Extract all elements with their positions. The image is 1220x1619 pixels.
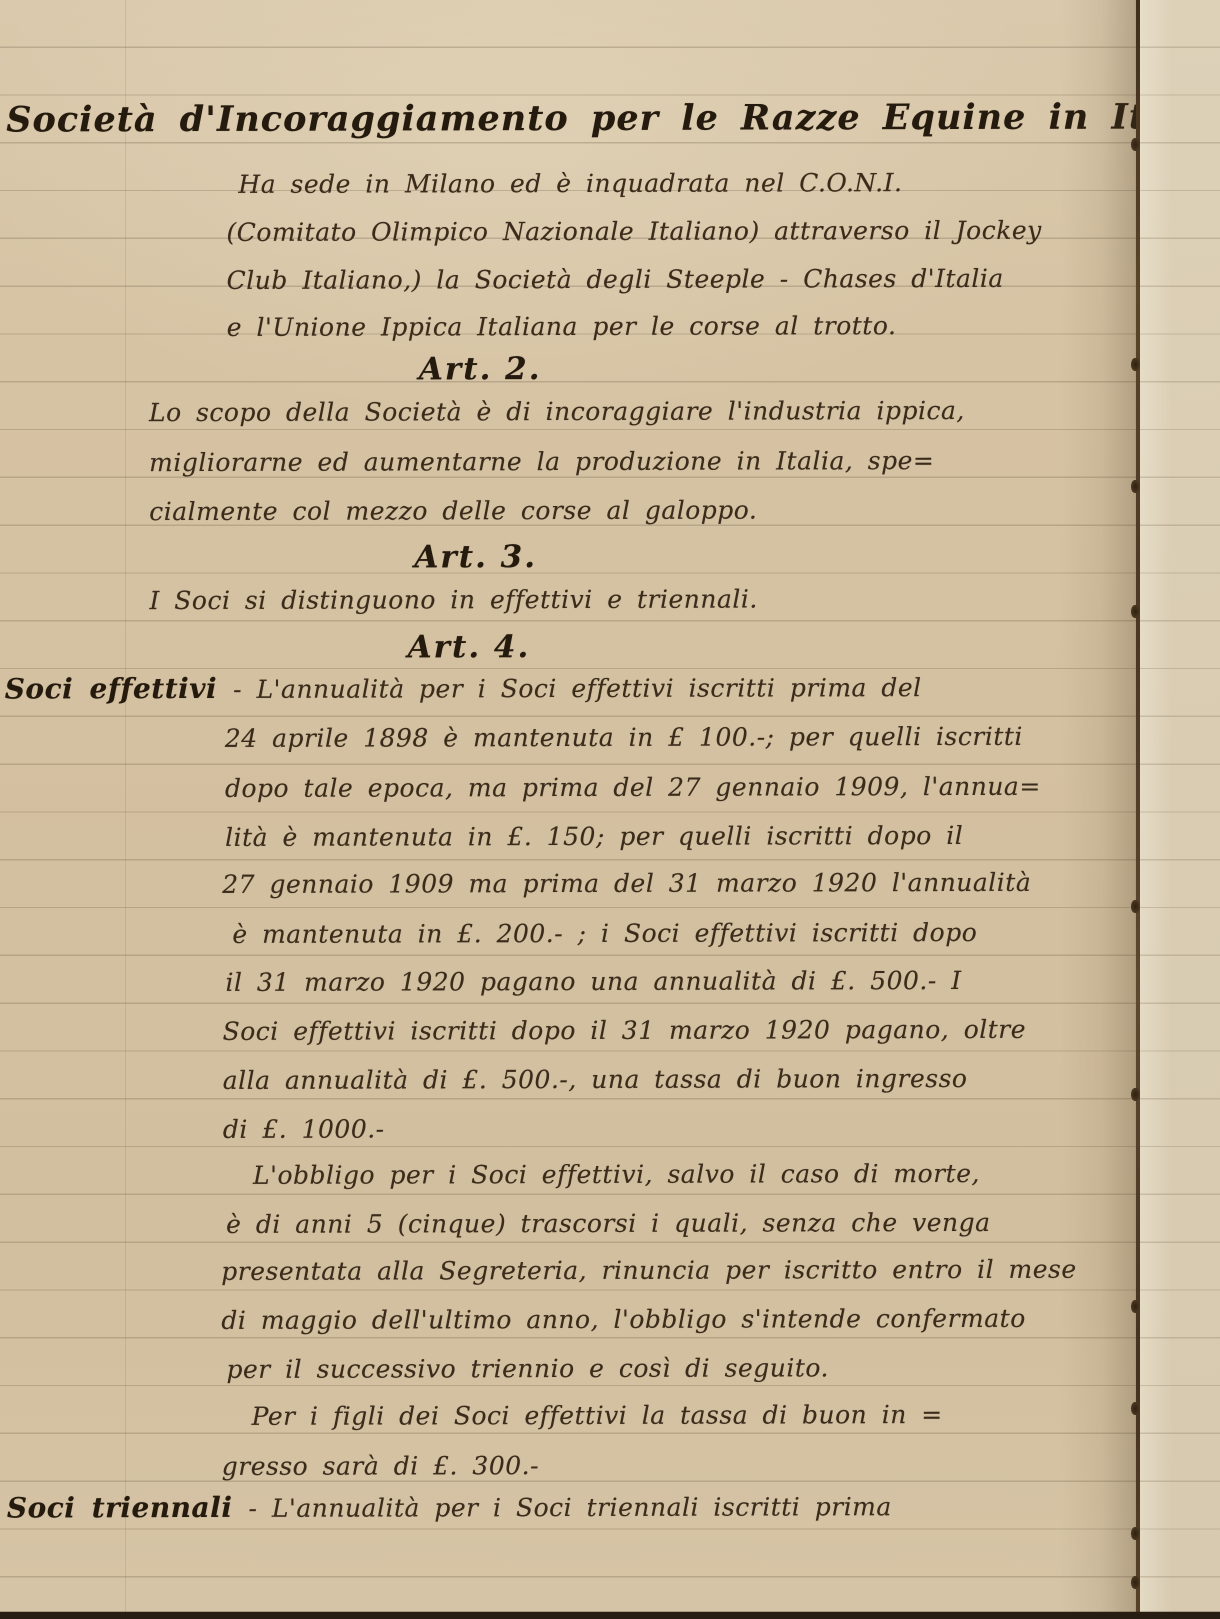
manuscript-line: e l'Unione Ippica Italiana per le corse … xyxy=(227,312,897,341)
binding-stitch xyxy=(1131,1088,1140,1101)
adjacent-page-edge xyxy=(1140,0,1220,1612)
binding-stitch xyxy=(1131,1576,1140,1589)
scanned-document: Società d'Incoraggiamento per le Razze E… xyxy=(0,0,1220,1619)
binding-stitch xyxy=(1131,1527,1140,1540)
manuscript-line: dopo tale epoca, ma prima del 27 gennaio… xyxy=(225,773,1041,803)
manuscript-line: Ha sede in Milano ed è inquadrata nel C.… xyxy=(238,169,902,198)
manuscript-line: gresso sarà di £. 300.- xyxy=(222,1452,539,1480)
manuscript-line: Soci effettivi iscritti dopo il 31 marzo… xyxy=(223,1016,1027,1046)
manuscript-line: Soci triennali- L'annualità per i Soci t… xyxy=(7,1491,892,1524)
margin-heading: Soci effettivi xyxy=(5,672,218,706)
binding-stitch xyxy=(1131,358,1140,371)
manuscript-line: L'obbligo per i Soci effettivi, salvo il… xyxy=(253,1160,980,1189)
manuscript-line: presentata alla Segreteria, rinuncia per… xyxy=(221,1256,1077,1286)
manuscript-line: è mantenuta in £. 200.- ; i Soci effetti… xyxy=(232,919,977,948)
manuscript-line: (Comitato Olimpico Nazionale Italiano) a… xyxy=(226,217,1041,247)
manuscript-line: alla annualità di £. 500.-, una tassa di… xyxy=(223,1065,968,1094)
manuscript-line: Per i figli dei Soci effettivi la tassa … xyxy=(252,1401,943,1430)
manuscript-line-text: - L'annualità per i Soci effettivi iscri… xyxy=(233,673,922,704)
binding-stitch xyxy=(1131,480,1140,493)
binding-stitch xyxy=(1131,1300,1140,1313)
margin-heading: Soci triennali xyxy=(7,1491,233,1525)
binding-stitch xyxy=(1131,138,1140,151)
text-layer: Società d'Incoraggiamento per le Razze E… xyxy=(0,0,1140,1613)
article-heading: Art. 4. xyxy=(408,630,531,664)
binding-stitch xyxy=(1131,605,1140,618)
manuscript-line: Club Italiano,) la Società degli Steeple… xyxy=(227,265,1004,295)
manuscript-line: Lo scopo della Società è di incoraggiare… xyxy=(149,397,965,427)
manuscript-line: lità è mantenuta in £. 150; per quelli i… xyxy=(225,822,963,851)
binding-stitch xyxy=(1131,900,1140,913)
manuscript-line: è di anni 5 (cinque) trascorsi i quali, … xyxy=(226,1209,990,1239)
manuscript-line: 24 aprile 1898 è mantenuta in £ 100.-; p… xyxy=(225,723,1023,753)
manuscript-line: di £. 1000.- xyxy=(223,1115,385,1143)
manuscript-line: Soci effettivi- L'annualità per i Soci e… xyxy=(5,672,922,705)
manuscript-page: Società d'Incoraggiamento per le Razze E… xyxy=(0,0,1138,1612)
manuscript-line-text: - L'annualità per i Soci triennali iscri… xyxy=(248,1492,891,1523)
manuscript-line: 27 gennaio 1909 ma prima del 31 marzo 19… xyxy=(222,869,1031,899)
manuscript-line: di maggio dell'ultimo anno, l'obbligo s'… xyxy=(221,1305,1025,1335)
gutter-shadow xyxy=(1060,0,1136,1612)
scan-background-edge xyxy=(0,1611,1220,1619)
document-title: Società d'Incoraggiamento per le Razze E… xyxy=(6,98,1220,140)
article-heading: Art. 3. xyxy=(414,540,537,574)
manuscript-line: il 31 marzo 1920 pagano una annualità di… xyxy=(225,967,961,996)
manuscript-line: per il successivo triennio e così di seg… xyxy=(226,1354,829,1383)
article-heading: Art. 2. xyxy=(419,352,542,386)
manuscript-line: cialmente col mezzo delle corse al galop… xyxy=(149,497,757,526)
manuscript-line: I Soci si distinguono in effettivi e tri… xyxy=(149,586,757,615)
ruled-lines xyxy=(1140,0,1220,1612)
binding-stitch xyxy=(1131,1402,1140,1415)
manuscript-line: migliorarne ed aumentarne la produzione … xyxy=(149,447,934,477)
